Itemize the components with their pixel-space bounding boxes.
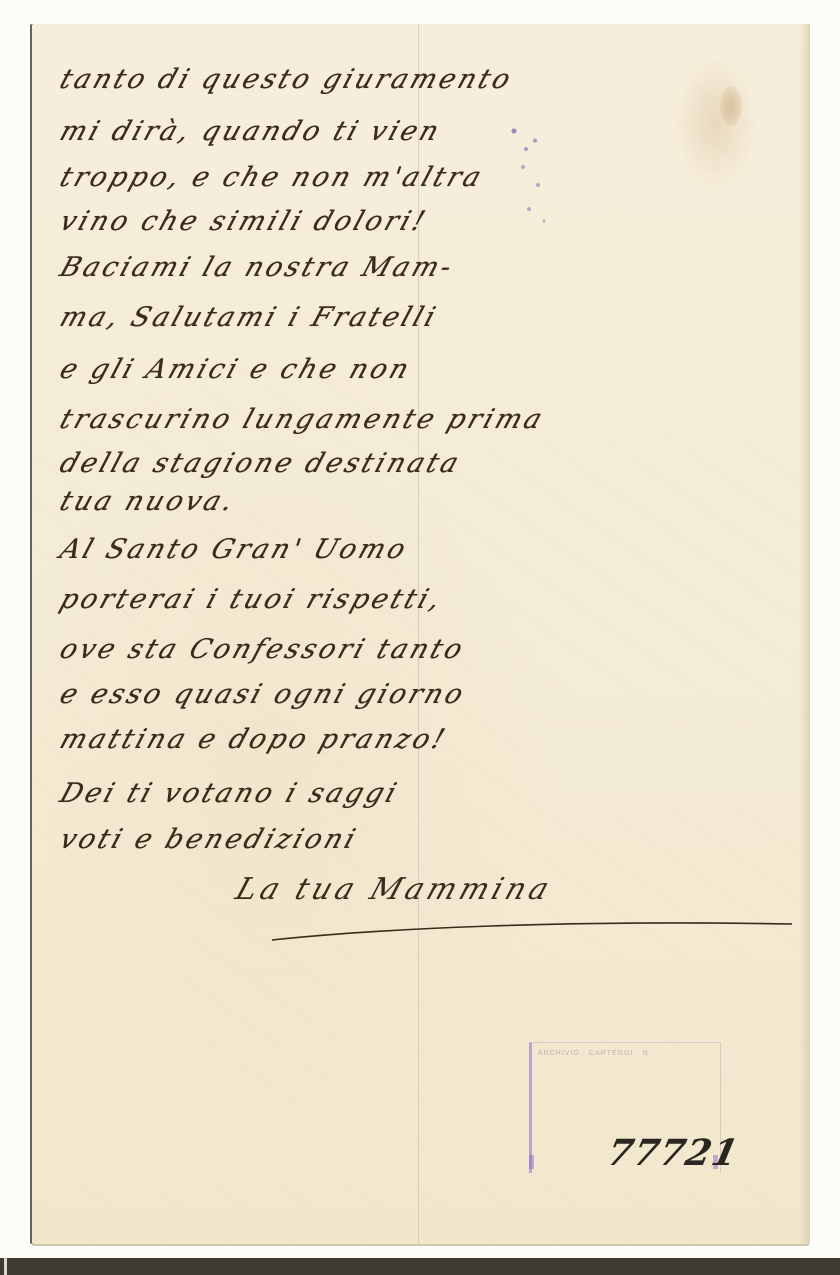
letter-line: trascurino lungamente prima (56, 404, 549, 435)
letter-page: tanto di questo giuramentomi dirà, quand… (32, 24, 809, 1244)
letter-line: tanto di questo giuramento (56, 64, 517, 95)
letter-line: mi dirà, quando ti vien (56, 116, 446, 147)
letter-line: Dei ti votano i saggi (56, 778, 403, 809)
page-right-edge (799, 24, 809, 1244)
letter-line: ma, Salutami i Fratelli (56, 302, 442, 333)
archive-stamp-text: ARCHIVIO · CARTEGGI · N. (538, 1049, 708, 1058)
letter-line: della stagione destinata (56, 448, 465, 479)
stain-mark (720, 86, 742, 126)
letter-line: Baciami la nostra Mam- (56, 252, 458, 283)
letter-line: mattina e dopo pranzo! (56, 724, 451, 755)
stamp-corner-mark (529, 1155, 534, 1169)
letter-line: e gli Amici e che non (56, 354, 416, 385)
signature-flourish-underline (267, 914, 797, 944)
letter-line: Al Santo Gran' Uomo (56, 534, 412, 565)
archive-catalog-number: 77721 (604, 1132, 743, 1174)
signature: La tua Mammina (231, 872, 557, 907)
letter-line: tua nuova. (56, 486, 240, 517)
letter-line: vino che simili dolori! (56, 206, 432, 237)
scanner-edge-marker (4, 1258, 7, 1275)
letter-line: porterai i tuoi rispetti, (56, 584, 447, 615)
letter-line: ove sta Confessori tanto (56, 634, 469, 665)
letter-line: troppo, e che non m'altra (56, 162, 488, 193)
ink-spatter (502, 119, 562, 239)
scanner-bottom-bar (0, 1258, 840, 1275)
letter-line: voti e benedizioni (56, 824, 362, 855)
letter-line: e esso quasi ogni giorno (56, 679, 470, 710)
